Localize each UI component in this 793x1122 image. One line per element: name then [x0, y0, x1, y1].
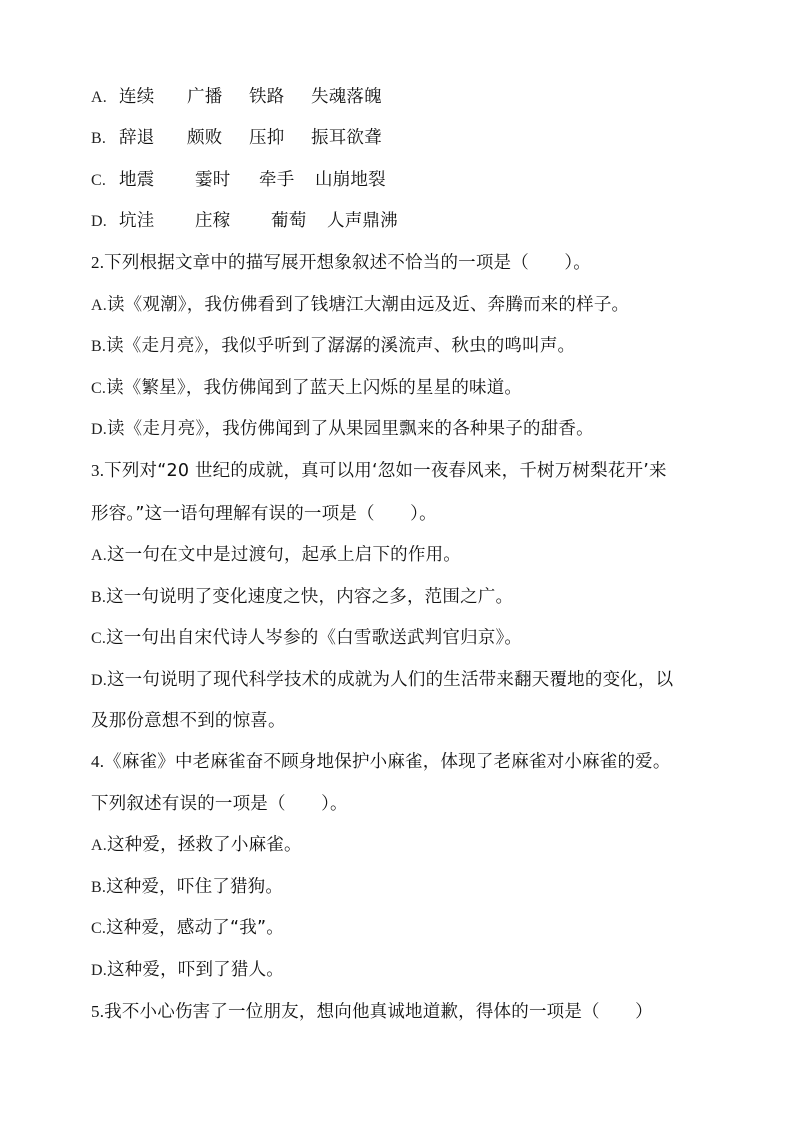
- q3-option-c: C.这一句出自宋代诗人岑参的《白雪歌送武判官归京》。: [91, 624, 522, 652]
- question-text: 下列对“20 世纪的成就，真可以用‘忽如一夜春风来，千树万树梨花开’来: [104, 461, 667, 481]
- option-label: D.: [91, 962, 107, 979]
- question-text: 我不小心伤害了一位朋友，想向他真诚地道歉，得体的一项是（ ）: [104, 1002, 653, 1022]
- q2-option-c: C.读《繁星》，我仿佛闻到了蓝天上闪烁的星星的味道。: [91, 374, 522, 402]
- q4-stem-line1: 4.《麻雀》中老麻雀奋不顾身地保护小麻雀，体现了老麻雀对小麻雀的爱。: [91, 748, 671, 776]
- option-label: C.: [91, 630, 106, 647]
- option-label: A.: [91, 84, 119, 112]
- question-number: 4.: [91, 752, 104, 771]
- q3-option-d: D.这一句说明了现代科学技术的成就为人们的生活带来翻天覆地的变化，以: [91, 666, 673, 694]
- option-label: D.: [91, 208, 119, 236]
- q5-stem: 5.我不小心伤害了一位朋友，想向他真诚地道歉，得体的一项是（ ）: [91, 998, 653, 1026]
- question-text: 形容。”这一语句理解有误的一项是（ ）。: [91, 504, 437, 524]
- option-label: A.: [91, 547, 107, 564]
- q1-option-c: C.地震霎时牵手山崩地裂: [91, 166, 386, 194]
- q3-option-d-continuation: 及那份意想不到的惊喜。: [91, 707, 286, 735]
- option-text: 读《走月亮》，我仿佛闻到了从果园里飘来的各种果子的甜香。: [107, 419, 594, 439]
- option-label: A.: [91, 297, 107, 314]
- q4-stem-line2: 下列叙述有误的一项是（ ）。: [91, 790, 348, 818]
- option-text: 这一句出自宋代诗人岑参的《白雪歌送武判官归京》。: [106, 628, 522, 648]
- option-text: 这种爱，吓住了猎狗。: [106, 877, 283, 897]
- question-text: 下列叙述有误的一项是（ ）。: [91, 794, 348, 814]
- option-label: B.: [91, 589, 106, 606]
- option-text: 读《繁星》，我仿佛闻到了蓝天上闪烁的星星的味道。: [106, 378, 522, 398]
- word: 振耳欲聋: [311, 124, 382, 152]
- word: 广播: [187, 83, 249, 111]
- word: 庄稼: [195, 207, 271, 235]
- option-label: D.: [91, 672, 107, 689]
- word: 葡萄: [271, 207, 327, 235]
- question-number: 3.: [91, 461, 104, 480]
- q1-option-a: A.连续广播铁路失魂落魄: [91, 83, 382, 111]
- q2-stem: 2.下列根据文章中的描写展开想象叙述不恰当的一项是（ ）。: [91, 249, 591, 277]
- option-text: 及那份意想不到的惊喜。: [91, 711, 286, 731]
- option-label: D.: [91, 421, 107, 438]
- word: 铁路: [249, 83, 311, 111]
- option-label: B.: [91, 338, 106, 355]
- q3-option-b: B.这一句说明了变化速度之快，内容之多，范围之广。: [91, 583, 513, 611]
- word: 坑洼: [119, 207, 195, 235]
- question-text: 下列根据文章中的描写展开想象叙述不恰当的一项是（ ）。: [104, 253, 591, 273]
- option-text: 读《走月亮》，我似乎听到了潺潺的溪流声、秋虫的鸣叫声。: [106, 336, 575, 356]
- word: 人声鼎沸: [327, 207, 398, 235]
- q3-option-a: A.这一句在文中是过渡句，起承上启下的作用。: [91, 541, 461, 569]
- word: 山崩地裂: [315, 166, 386, 194]
- word: 霎时: [195, 166, 259, 194]
- option-text: 这种爱，吓到了猎人。: [107, 960, 284, 980]
- question-number: 2.: [91, 253, 104, 272]
- word: 颇败: [187, 124, 249, 152]
- option-label: B.: [91, 125, 119, 153]
- option-label: B.: [91, 879, 106, 896]
- word: 压抑: [249, 124, 311, 152]
- option-label: C.: [91, 920, 106, 937]
- q2-option-b: B.读《走月亮》，我似乎听到了潺潺的溪流声、秋虫的鸣叫声。: [91, 332, 575, 360]
- option-text: 这一句在文中是过渡句，起承上启下的作用。: [107, 545, 461, 565]
- document-page: A.连续广播铁路失魂落魄 B.辞退颇败压抑振耳欲聋 C.地震霎时牵手山崩地裂 D…: [0, 0, 793, 1122]
- q4-option-b: B.这种爱，吓住了猎狗。: [91, 873, 283, 901]
- word: 失魂落魄: [311, 83, 382, 111]
- option-label: C.: [91, 167, 119, 195]
- q3-stem-line2: 形容。”这一语句理解有误的一项是（ ）。: [91, 500, 437, 528]
- q2-option-d: D.读《走月亮》，我仿佛闻到了从果园里飘来的各种果子的甜香。: [91, 415, 594, 443]
- q2-option-a: A.读《观潮》，我仿佛看到了钱塘江大潮由远及近、奔腾而来的样子。: [91, 291, 629, 319]
- word: 辞退: [119, 124, 187, 152]
- word: 牵手: [259, 166, 315, 194]
- q3-stem-line1: 3.下列对“20 世纪的成就，真可以用‘忽如一夜春风来，千树万树梨花开’来: [91, 457, 667, 485]
- q1-option-d: D.坑洼庄稼葡萄人声鼎沸: [91, 207, 398, 235]
- option-label: C.: [91, 380, 106, 397]
- question-text: 《麻雀》中老麻雀奋不顾身地保护小麻雀，体现了老麻雀对小麻雀的爱。: [104, 752, 670, 772]
- option-text: 这种爱，拯救了小麻雀。: [107, 835, 302, 855]
- q1-option-b: B.辞退颇败压抑振耳欲聋: [91, 124, 382, 152]
- option-text: 这一句说明了变化速度之快，内容之多，范围之广。: [106, 587, 513, 607]
- question-number: 5.: [91, 1002, 104, 1021]
- option-label: A.: [91, 837, 107, 854]
- q4-option-a: A.这种爱，拯救了小麻雀。: [91, 831, 302, 859]
- word: 连续: [119, 83, 187, 111]
- q4-option-c: C.这种爱，感动了“我”。: [91, 914, 284, 942]
- q4-option-d: D.这种爱，吓到了猎人。: [91, 956, 284, 984]
- option-text: 读《观潮》，我仿佛看到了钱塘江大潮由远及近、奔腾而来的样子。: [107, 295, 629, 315]
- option-text: 这一句说明了现代科学技术的成就为人们的生活带来翻天覆地的变化，以: [107, 670, 673, 690]
- word: 地震: [119, 166, 195, 194]
- option-text: 这种爱，感动了“我”。: [106, 918, 284, 938]
